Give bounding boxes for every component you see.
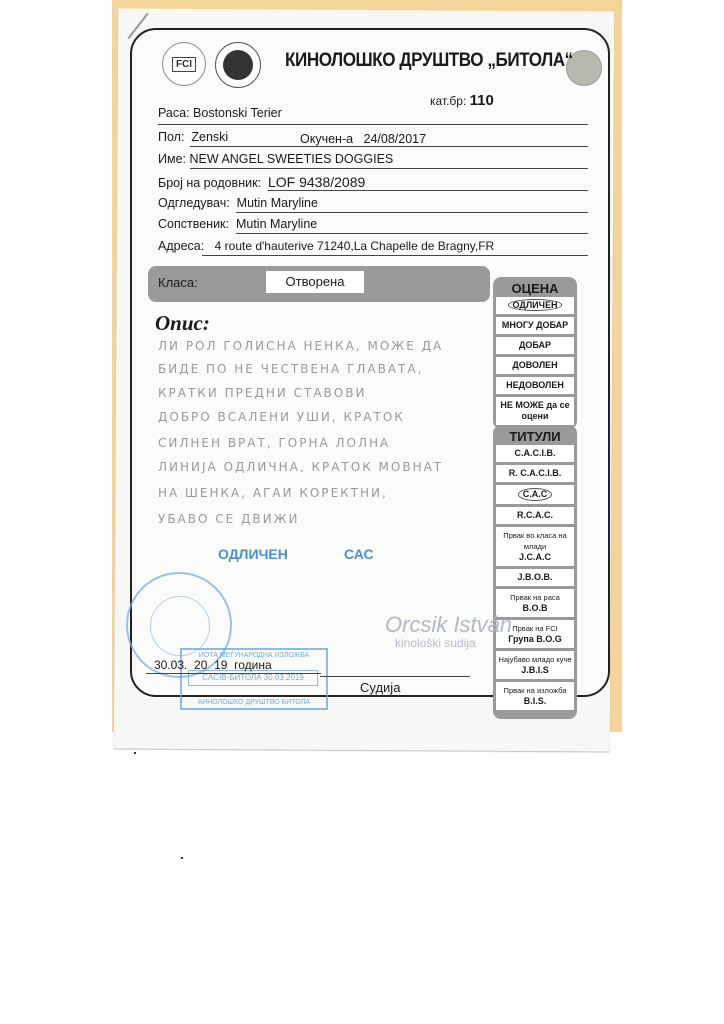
titula-line1: C.A.C.I.B. [496, 448, 574, 459]
ocena-option[interactable]: НЕДОВОЛЕН [496, 377, 574, 394]
odgleduvach-value: Mutin Maryline [237, 196, 318, 210]
rule [268, 190, 588, 191]
field-rasa: Раса: Bostonski Terier [158, 106, 282, 120]
klasa-value: Отворена [266, 271, 364, 293]
klasa-bar: Класа: Отворена [148, 266, 490, 302]
ocena-option[interactable]: ДОБАР [496, 337, 574, 354]
rule [236, 233, 588, 234]
rasa-label: Раса: [158, 106, 190, 120]
field-pol: Пол: Zenski [158, 130, 228, 144]
rule [190, 146, 588, 147]
titula-line1: Првак на изложба [496, 685, 574, 696]
ocena-option[interactable]: МНОГУ ДОБАР [496, 317, 574, 334]
titula-line1: Најубаво младо куче [496, 654, 574, 665]
field-adresa: Адреса: 4 route d'hauterive 71240,La Cha… [158, 239, 494, 253]
stamp-dog-icon [150, 596, 210, 656]
adresa-value: 4 route d'hauterive 71240,La Chapelle de… [215, 239, 495, 253]
rule [158, 124, 588, 125]
handwritten-line: СИЛНЕН ВРАТ, ГОРНА ЛОЛНА [158, 436, 390, 450]
titula-option[interactable]: R. C.A.C.I.B. [496, 465, 574, 482]
field-rodovnik: Број на родовник: LOF 9438/2089 [158, 174, 365, 190]
date-rule [146, 673, 321, 674]
catalog-label: кат.бр: [430, 94, 466, 108]
ocena-panel: ОЦЕНА ОДЛИЧЕНМНОГУ ДОБАРДОБАРДОВОЛЕННЕДО… [493, 277, 577, 429]
date-suffix: година [234, 658, 272, 672]
opis-heading: Опис: [155, 311, 210, 336]
klasa-label: Класа: [158, 275, 198, 290]
handwritten-line: ЛИНИЈА ОДЛИЧНА, КРАТОК МОВНАТ [158, 460, 443, 474]
date-day-month: 30.03. [154, 658, 187, 672]
odgleduvach-label: Одгледувач: [158, 196, 230, 210]
titula-line1: C.A.C [518, 488, 553, 501]
handwritten-line: ДОБРО ВСАЛЕНИ УШИ, КРАТОК [158, 410, 405, 424]
sopstvenik-label: Сопственик: [158, 217, 229, 231]
field-odgleduvach: Одгледувач: Mutin Maryline [158, 196, 318, 210]
ocena-option[interactable]: ОДЛИЧЕН [496, 297, 574, 314]
titula-option[interactable]: R.C.A.C. [496, 507, 574, 524]
handwritten-line: ЛИ РОЛ ГОЛИСНА НЕНКА, МОЖЕ ДА [158, 339, 443, 353]
okuchen-value: 24/08/2017 [364, 132, 427, 146]
ocena-option-label: НЕ МОЖЕ да се оцени [500, 400, 569, 421]
fci-text: FCI [172, 57, 196, 72]
scan-speck [134, 752, 136, 754]
scan-speck [181, 857, 183, 859]
titula-line1: J.B.O.B. [496, 572, 574, 583]
ime-label: Име: [158, 152, 186, 166]
titula-line2: J.B.I.S [496, 665, 574, 676]
catalog-number: кат.бр: 110 [430, 92, 494, 109]
titula-line1: R. C.A.C.I.B. [496, 468, 574, 479]
judging-date: 30.03. 20 19 година [154, 658, 272, 672]
rule [202, 255, 588, 256]
field-ime: Име: NEW ANGEL SWEETIES DOGGIES [158, 152, 393, 166]
handwritten-line: УБАВО СЕ ДВИЖИ [158, 512, 300, 526]
ocena-option-label: ДОВОЛЕН [512, 360, 557, 370]
pol-label: Пол: [158, 130, 184, 144]
field-sopstvenik: Сопственик: Mutin Maryline [158, 217, 317, 231]
field-okuchen: Окучен-а 24/08/2017 [300, 132, 426, 146]
judge-signature-sub: kinološki sudija [395, 636, 476, 650]
pol-value: Zenski [191, 130, 228, 144]
titula-line1: R.C.A.C. [496, 510, 574, 521]
ocena-option[interactable]: НЕ МОЖЕ да се оцени [496, 397, 574, 425]
titula-line2: J.C.A.C [496, 552, 574, 563]
fci-logo-icon: FCI [162, 42, 206, 86]
club-logo-icon [215, 42, 261, 88]
catalog-value: 110 [470, 92, 494, 109]
rule [236, 212, 588, 213]
ocena-option-label: НЕДОВОЛЕН [506, 380, 564, 390]
date-year: 19 [214, 658, 227, 672]
tituli-header: ТИТУЛИ [493, 425, 577, 445]
titula-option[interactable]: Првак во класа на младиJ.C.A.C [496, 527, 574, 566]
rodovnik-value: LOF 9438/2089 [268, 174, 365, 190]
rect-stamp-line3: КИНОЛОШКО ДРУШТВО БИТОЛА [182, 699, 326, 706]
tituli-panel: ТИТУЛИ C.A.C.I.B.R. C.A.C.I.B.C.A.CR.C.A… [493, 425, 577, 719]
titula-option[interactable]: C.A.C.I.B. [496, 445, 574, 462]
titula-option[interactable]: Првак на изложбаB.I.S. [496, 682, 574, 710]
judge-signature: Orcsik István [385, 612, 512, 638]
ocena-option-label: ОДЛИЧЕН [508, 299, 563, 311]
stamped-grade: ОДЛИЧЕН [218, 546, 288, 562]
titula-option[interactable]: J.B.O.B. [496, 569, 574, 586]
titula-line2: B.I.S. [496, 696, 574, 707]
stamped-title: САС [344, 546, 374, 562]
judge-label: Судија [360, 680, 400, 695]
judge-rule [320, 676, 470, 677]
handwritten-line: НА ШЕНКА, АГАИ КОРЕКТНИ, [158, 486, 388, 500]
club-title: КИНОЛОШКО ДРУШТВО „БИТОЛА“ [285, 50, 573, 72]
titula-option[interactable]: Најубаво младо кучеJ.B.I.S [496, 651, 574, 679]
titula-line1: Првак во класа на млади [496, 530, 574, 552]
dog-emblem-icon [223, 50, 253, 80]
ocena-option-label: МНОГУ ДОБАР [502, 320, 568, 330]
ime-value: NEW ANGEL SWEETIES DOGGIES [190, 152, 394, 166]
rasa-value: Bostonski Terier [193, 106, 282, 120]
ocena-header: ОЦЕНА [493, 277, 577, 297]
date-century: 20 [194, 658, 207, 672]
adresa-label: Адреса: [158, 239, 204, 253]
handwritten-line: БИДЕ ПО НЕ ЧЕСТВЕНА ГЛАВАТА, [158, 362, 423, 376]
titula-line1: Првак на раса [496, 592, 574, 603]
ocena-option[interactable]: ДОВОЛЕН [496, 357, 574, 374]
okuchen-label: Окучен-а [300, 132, 353, 146]
handwritten-line: КРАТКИ ПРЕДНИ СТАВОВИ [158, 386, 366, 400]
titula-option[interactable]: C.A.C [496, 485, 574, 504]
sopstvenik-value: Mutin Maryline [236, 217, 317, 231]
rule [190, 168, 588, 169]
rodovnik-label: Број на родовник: [158, 176, 261, 190]
ocena-option-label: ДОБАР [519, 340, 551, 350]
